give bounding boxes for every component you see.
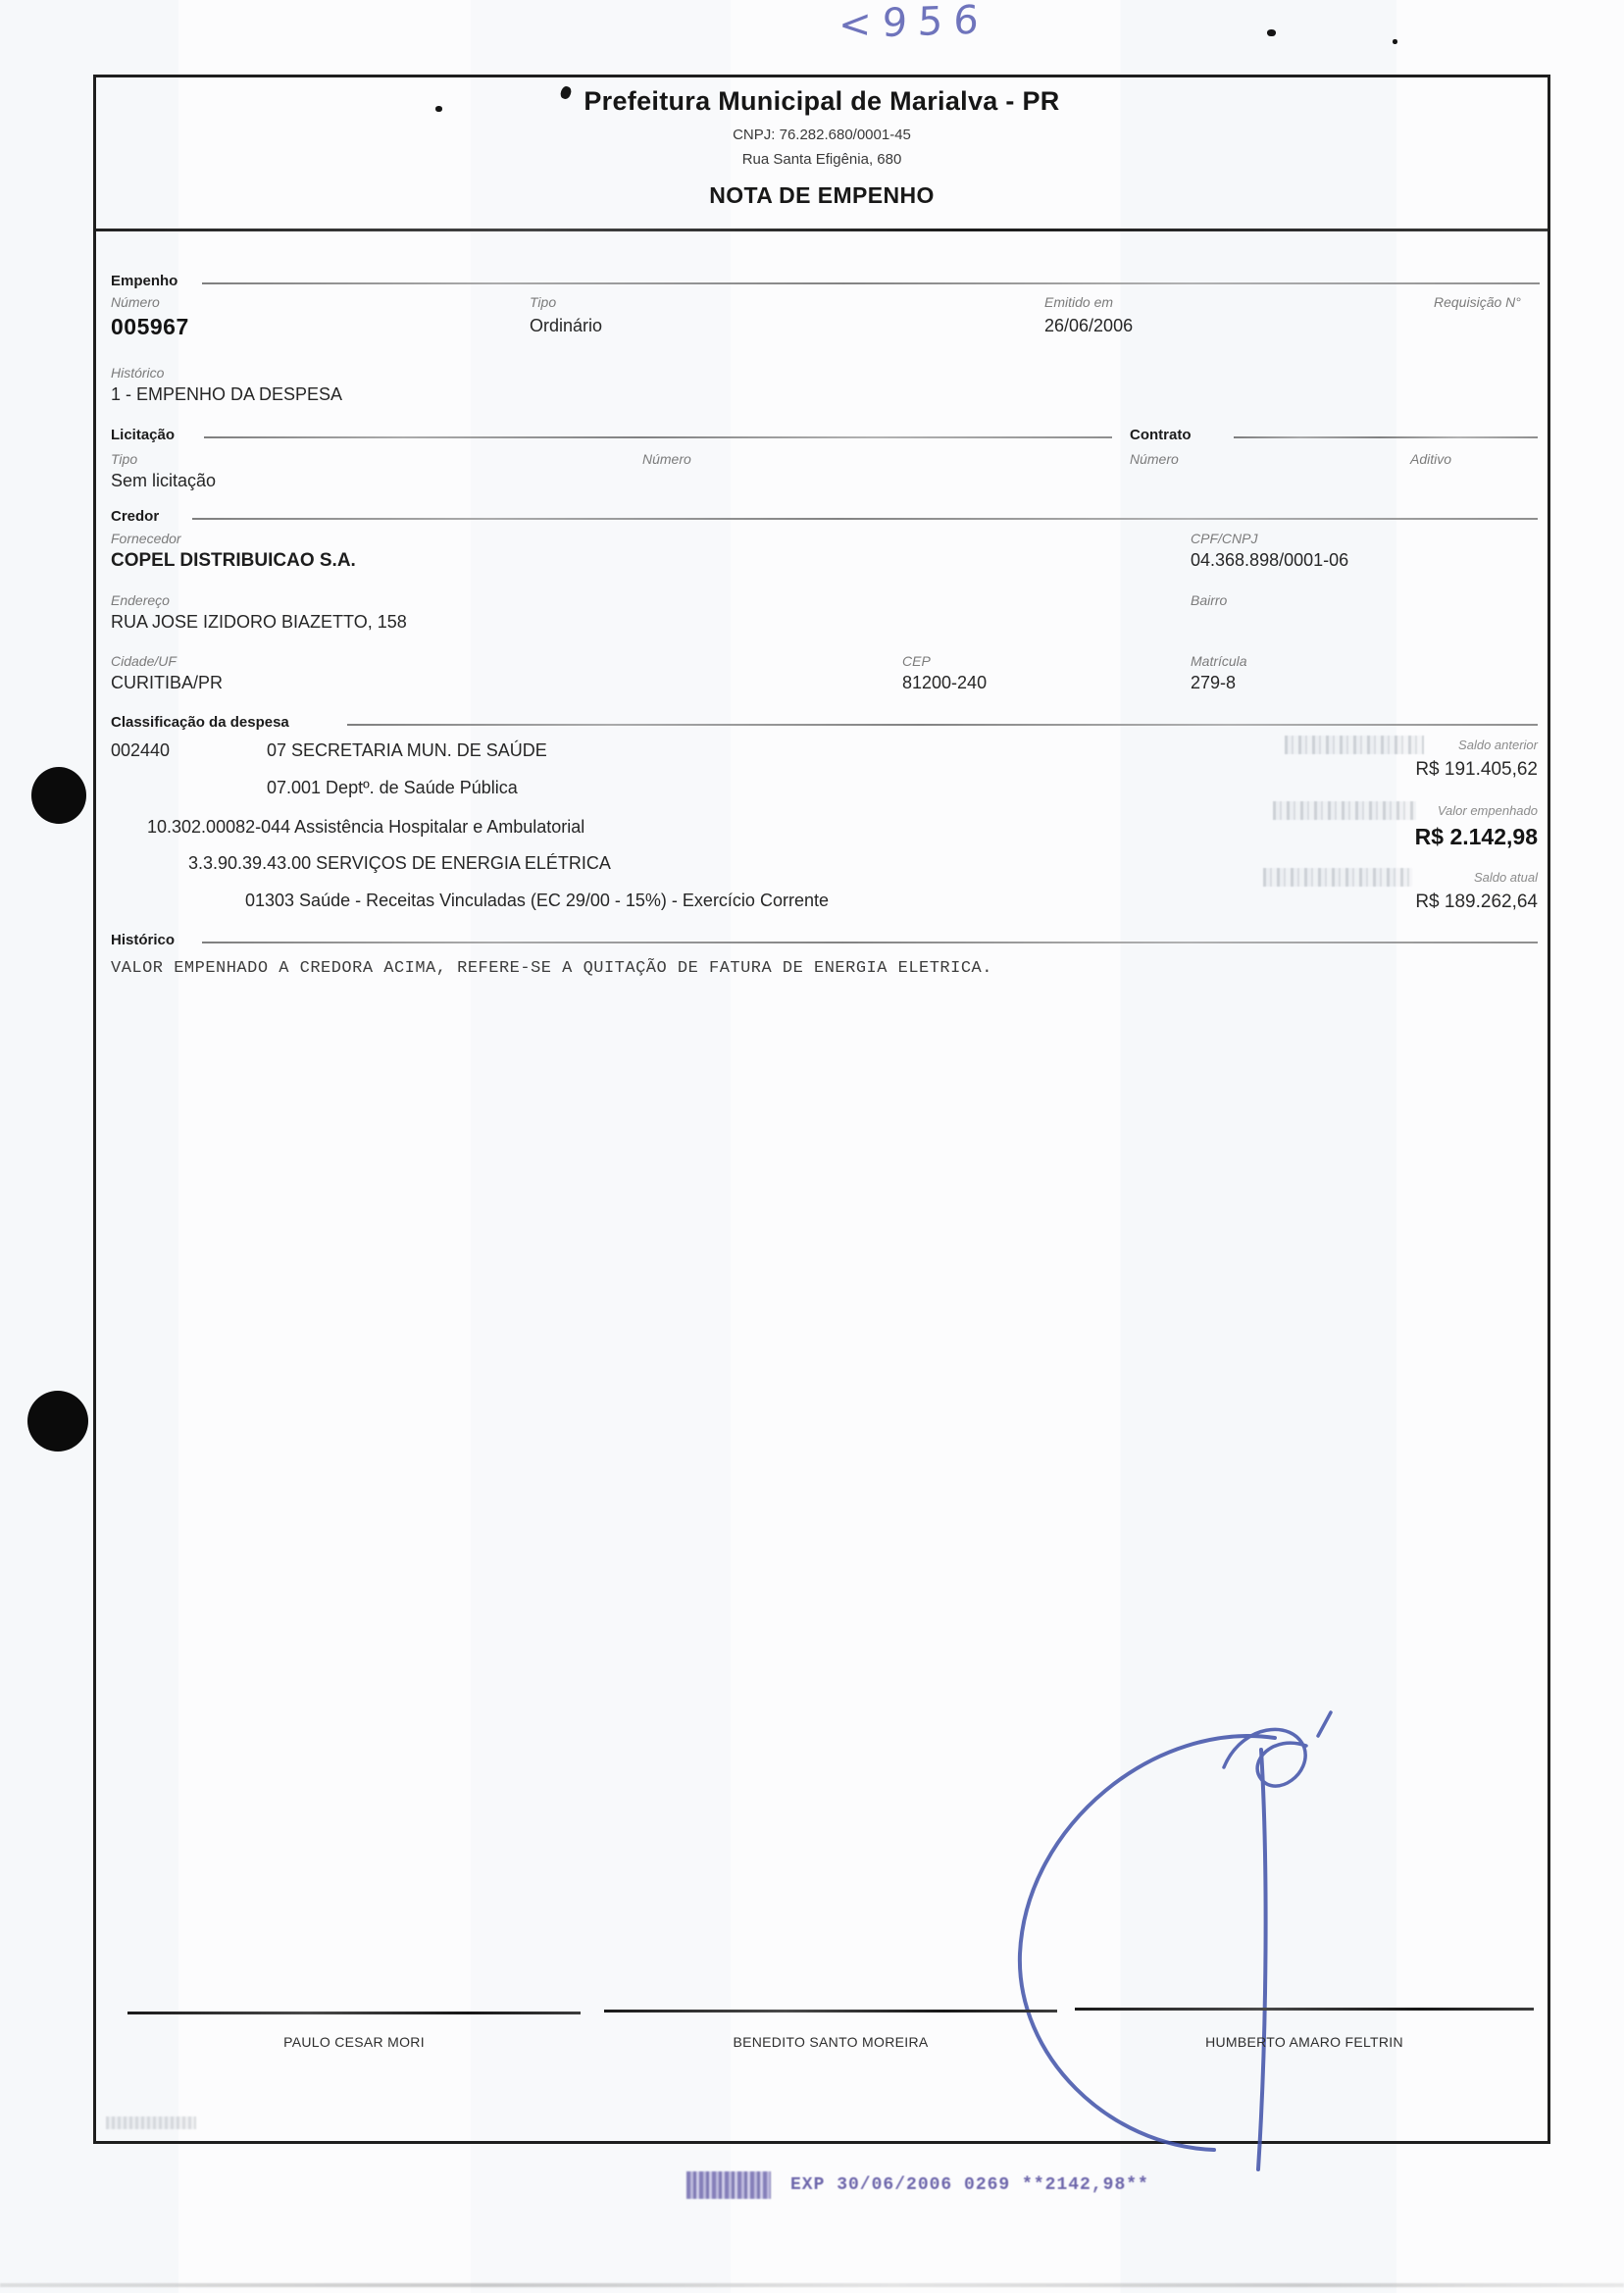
matricula-label: Matrícula <box>1191 653 1247 669</box>
matricula-value: 279-8 <box>1191 673 1236 693</box>
footer-smudge <box>106 2116 196 2129</box>
scanned-document-page: <956 Prefeitura Municipal de Marialva - … <box>0 0 1624 2293</box>
document-title: NOTA DE EMPENHO <box>93 182 1550 209</box>
signature-line <box>604 2010 1057 2013</box>
signature-line <box>127 2012 581 2014</box>
historico-section-line <box>202 942 1538 943</box>
pen-signature <box>981 1707 1373 2187</box>
classificacao-row: 01303 Saúde - Receitas Vinculadas (EC 29… <box>245 891 829 911</box>
contrato-section-line <box>1234 436 1538 438</box>
licitacao-numero-label: Número <box>642 451 691 467</box>
cpf-cnpj-value: 04.368.898/0001-06 <box>1191 550 1348 571</box>
empenho-requisicao-label: Requisição N° <box>1434 294 1521 310</box>
handwritten-number: <956 <box>837 0 990 48</box>
endereco-value: RUA JOSE IZIDORO BIAZETTO, 158 <box>111 612 407 633</box>
empenho-emitido-label: Emitido em <box>1044 294 1113 310</box>
scan-smudge <box>1273 801 1416 820</box>
address-line: Rua Santa Efigênia, 680 <box>93 151 1550 168</box>
cep-label: CEP <box>902 653 931 669</box>
valor-empenhado-label: Valor empenhado <box>1410 803 1538 818</box>
credor-section-line <box>192 518 1538 520</box>
contrato-section-label: Contrato <box>1130 427 1192 443</box>
historico-section-label: Histórico <box>111 932 175 948</box>
saldo-atual-label: Saldo atual <box>1445 870 1538 885</box>
empenho-section-line <box>202 282 1540 284</box>
fornecedor-label: Fornecedor <box>111 531 181 546</box>
cnpj-line: CNPJ: 76.282.680/0001-45 <box>93 127 1550 143</box>
hole-punch <box>31 767 86 824</box>
scan-speck <box>1393 39 1397 44</box>
empenho-tipo-value: Ordinário <box>530 316 602 336</box>
empenho-emitido-value: 26/06/2006 <box>1044 316 1133 336</box>
licitacao-tipo-label: Tipo <box>111 451 137 467</box>
empenho-historico-label: Histórico <box>111 365 164 381</box>
header-divider <box>96 229 1548 231</box>
scan-smudge <box>1285 736 1424 754</box>
fornecedor-value: COPEL DISTRIBUICAO S.A. <box>111 550 356 572</box>
empenho-numero-value: 005967 <box>111 314 189 340</box>
scan-speck <box>1267 29 1276 36</box>
bairro-label: Bairro <box>1191 592 1227 608</box>
saldo-anterior-label: Saldo anterior <box>1430 738 1538 752</box>
signatory-name: HUMBERTO AMARO FELTRIN <box>1075 2034 1534 2050</box>
licitacao-section-line <box>204 436 1112 438</box>
stamp-logo-blob <box>686 2171 771 2199</box>
credor-section-label: Credor <box>111 508 159 525</box>
hole-punch <box>27 1391 88 1452</box>
cep-value: 81200-240 <box>902 673 987 693</box>
empenho-numero-label: Número <box>111 294 160 310</box>
classificacao-section-line <box>347 724 1538 726</box>
classificacao-row: 07 SECRETARIA MUN. DE SAÚDE <box>267 740 547 761</box>
scan-edge <box>0 2283 1624 2287</box>
classificacao-row-code: 002440 <box>111 740 170 761</box>
municipality-title: Prefeitura Municipal de Marialva - PR <box>93 86 1550 117</box>
empenho-tipo-label: Tipo <box>530 294 556 310</box>
scan-smudge <box>1263 868 1412 887</box>
saldo-atual-value: R$ 189.262,64 <box>1322 892 1538 913</box>
signature-line <box>1075 2008 1534 2011</box>
signatory-name: PAULO CESAR MORI <box>127 2034 581 2050</box>
contrato-aditivo-label: Aditivo <box>1410 451 1451 467</box>
contrato-numero-label: Número <box>1130 451 1179 467</box>
endereco-label: Endereço <box>111 592 170 608</box>
classificacao-row: 10.302.00082-044 Assistência Hospitalar … <box>147 817 584 838</box>
empenho-section-label: Empenho <box>111 273 178 289</box>
signatory-name: BENEDITO SANTO MOREIRA <box>604 2034 1057 2050</box>
saldo-anterior-value: R$ 191.405,62 <box>1322 759 1538 781</box>
licitacao-section-label: Licitação <box>111 427 175 443</box>
licitacao-tipo-value: Sem licitação <box>111 471 216 491</box>
classificacao-row: 3.3.90.39.43.00 SERVIÇOS DE ENERGIA ELÉT… <box>188 853 611 874</box>
classificacao-section-label: Classificação da despesa <box>111 714 289 731</box>
empenho-historico-value: 1 - EMPENHO DA DESPESA <box>111 384 342 405</box>
classificacao-row: 07.001 Deptº. de Saúde Pública <box>267 778 518 798</box>
cidade-label: Cidade/UF <box>111 653 177 669</box>
historico-text: VALOR EMPENHADO A CREDORA ACIMA, REFERE-… <box>111 959 1484 978</box>
valor-empenhado-value: R$ 2.142,98 <box>1302 824 1538 850</box>
cidade-value: CURITIBA/PR <box>111 673 223 693</box>
cpf-cnpj-label: CPF/CNPJ <box>1191 531 1257 546</box>
validation-stamp-text: EXP 30/06/2006 0269 **2142,98** <box>790 2175 1149 2195</box>
